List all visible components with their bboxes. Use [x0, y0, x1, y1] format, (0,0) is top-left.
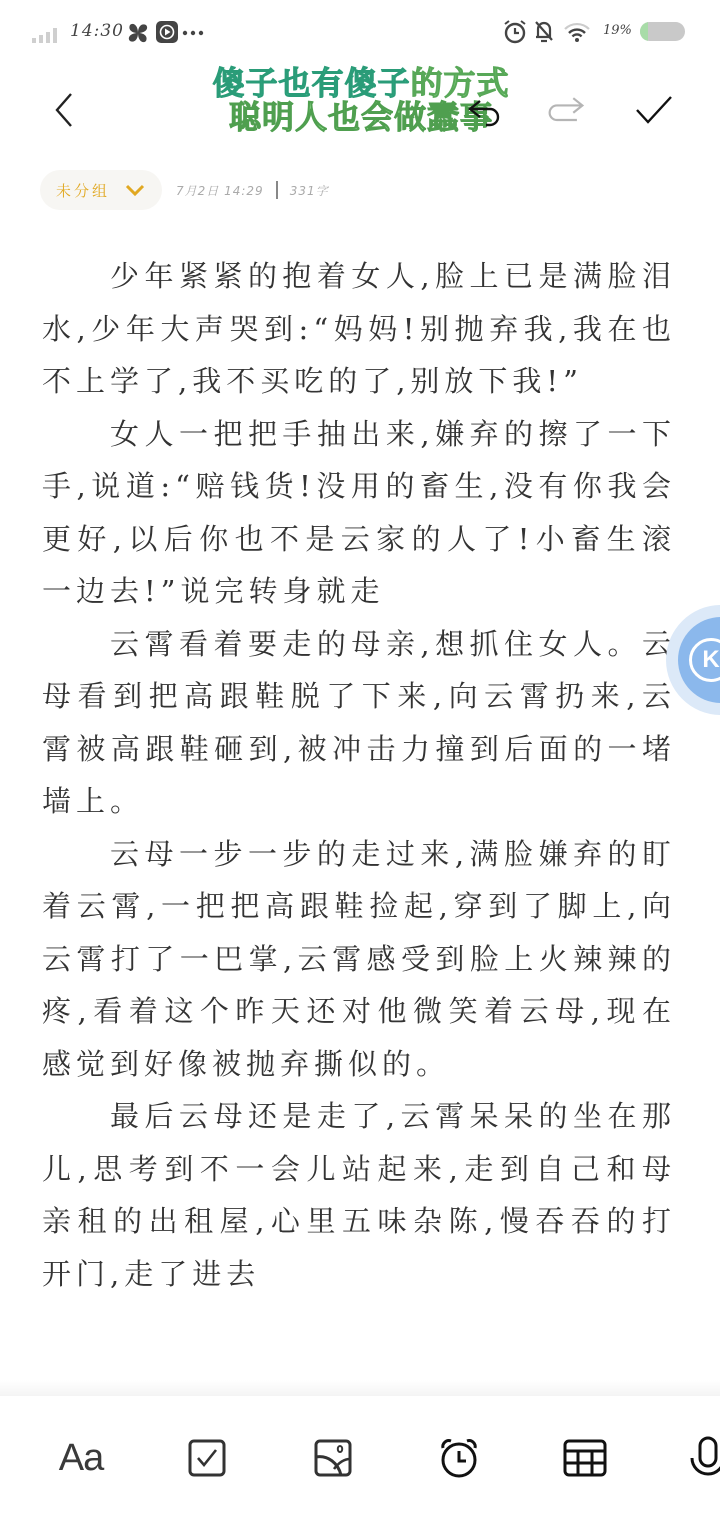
checkbox-icon: [188, 1439, 226, 1477]
undo-icon: [466, 93, 506, 127]
category-label: 未分组: [56, 180, 110, 201]
word-count: 331字: [290, 182, 329, 199]
redo-button[interactable]: [546, 90, 586, 130]
note-meta: 未分组 7月2日 14:29 331字: [40, 170, 329, 210]
paragraph: 云霄看着要走的母亲,想抓住女人。云母看到把高跟鞋脱了下来,向云霄扔来,云霄被高跟…: [42, 618, 676, 828]
voice-button[interactable]: [688, 1432, 720, 1484]
checkmark-icon: [634, 94, 674, 126]
signal-icon: [32, 27, 60, 43]
text-style-button[interactable]: Aa: [55, 1432, 107, 1484]
status-time: 14:30: [70, 21, 124, 41]
paragraph: 少年紧紧的抱着女人,脸上已是满脸泪水,少年大声哭到:“妈妈!别抛弃我,我在也不上…: [42, 250, 676, 408]
checklist-button[interactable]: [181, 1432, 233, 1484]
paragraph: 最后云母还是走了,云霄呆呆的坐在那儿,思考到不一会儿站起来,走到自己和母亲租的出…: [42, 1090, 676, 1300]
bottom-toolbar: Aa: [0, 1396, 720, 1520]
back-button[interactable]: [44, 90, 84, 130]
table-icon: [563, 1439, 607, 1477]
alarm-clock-icon: [438, 1437, 480, 1479]
chevron-left-icon: [53, 92, 75, 128]
toolbar-divider: [0, 1380, 720, 1396]
note-body-editor[interactable]: 少年紧紧的抱着女人,脸上已是满脸泪水,少年大声哭到:“妈妈!别抛弃我,我在也不上…: [42, 250, 676, 1300]
alarm-icon: [503, 19, 527, 44]
image-icon: [314, 1439, 352, 1477]
assistant-k-icon: K: [689, 638, 720, 682]
category-dropdown[interactable]: 未分组: [40, 170, 162, 210]
chevron-down-icon: [124, 183, 146, 197]
more-dots-icon: [182, 30, 204, 36]
editor-header: 傻子也有傻子的方式 聪明人也会做蠢事: [0, 64, 720, 160]
video-app-icon: [156, 21, 178, 43]
table-button[interactable]: [559, 1432, 611, 1484]
wifi-icon: [563, 22, 591, 42]
battery-icon: [640, 22, 685, 41]
divider: [276, 181, 278, 199]
text-style-icon: Aa: [59, 1437, 103, 1480]
note-date: 7月2日 14:29: [176, 182, 264, 199]
battery-percent: 19%: [603, 23, 632, 38]
mute-bell-icon: [533, 19, 555, 44]
pinwheel-app-icon: [127, 22, 149, 44]
reminder-button[interactable]: [433, 1432, 485, 1484]
image-button[interactable]: [307, 1432, 359, 1484]
paragraph: 女人一把把手抽出来,嫌弃的擦了一下手,说道:“赔钱货!没用的畜生,没有你我会更好…: [42, 408, 676, 618]
status-bar: 14:30 19%: [0, 0, 720, 64]
microphone-icon: [688, 1436, 720, 1480]
redo-icon: [546, 93, 586, 127]
paragraph: 云母一步一步的走过来,满脸嫌弃的盯着云霄,一把把高跟鞋捡起,穿到了脚上,向云霄打…: [42, 828, 676, 1091]
undo-button[interactable]: [466, 90, 506, 130]
overlay-title-line1-head: 傻子也有傻子: [212, 64, 410, 102]
done-button[interactable]: [634, 90, 674, 130]
